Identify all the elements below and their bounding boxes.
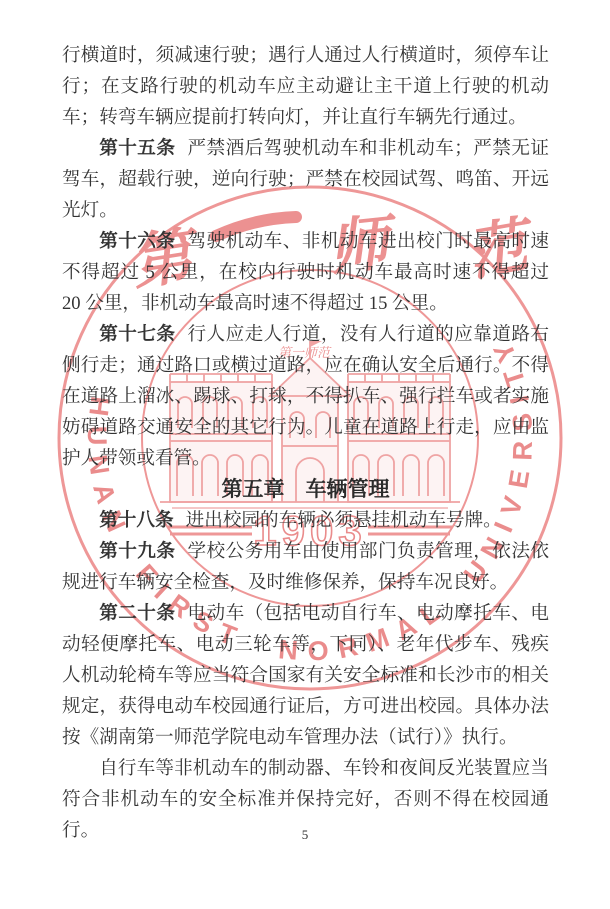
chapter-heading: 第五章 车辆管理 (62, 474, 549, 505)
paragraph-text: 电动车（包括电动自行车、电动摩托车、电动轻便摩托车、电动三轮车等，下同）、老年代… (62, 603, 549, 748)
document-body: 行横道时，须减速行驶；遇行人通过人行横道时，须停车让行；在支路行驶的机动车应主动… (62, 40, 549, 846)
article-number: 第十九条 (99, 541, 175, 562)
article-number: 第十八条 (99, 510, 173, 531)
document-page: HUNAN FIRST NORMAL UNIVERSITY 第 师 范 第一师范 (0, 0, 610, 909)
paragraph-article-16: 第十六条驾驶机动车、非机动车进出校门时最高时速不得超过 5 公里，在校内行驶时机… (62, 226, 549, 319)
page-number: 5 (0, 827, 610, 843)
article-number: 第十六条 (99, 231, 175, 252)
article-number: 第十七条 (99, 324, 175, 345)
paragraph-text: 行横道时，须减速行驶；遇行人通过人行横道时，须停车让行；在支路行驶的机动车应主动… (62, 45, 549, 128)
paragraph-article-19: 第十九条学校公务用车由使用部门负责管理，依法依规进行车辆安全检查，及时维修保养，… (62, 536, 549, 598)
paragraph-article-17: 第十七条行人应走人行道，没有人行道的应靠道路右侧行走；通过路口或横过道路，应在确… (62, 319, 549, 474)
article-number: 第十五条 (99, 138, 175, 159)
paragraph-article-15: 第十五条严禁酒后驾驶机动车和非机动车；严禁无证驾车，超载行驶，逆向行驶；严禁在校… (62, 133, 549, 226)
article-number: 第二十条 (99, 603, 175, 624)
paragraph-article-20: 第二十条电动车（包括电动自行车、电动摩托车、电动轻便摩托车、电动三轮车等，下同）… (62, 598, 549, 753)
paragraph-continuation: 行横道时，须减速行驶；遇行人通过人行横道时，须停车让行；在支路行驶的机动车应主动… (62, 40, 549, 133)
paragraph-text: 行人应走人行道，没有人行道的应靠道路右侧行走；通过路口或横过道路，应在确认安全后… (62, 324, 549, 469)
paragraph-article-18: 第十八条进出校园的车辆必须悬挂机动车号牌。 (62, 505, 549, 536)
paragraph-text: 进出校园的车辆必须悬挂机动车号牌。 (186, 510, 502, 531)
